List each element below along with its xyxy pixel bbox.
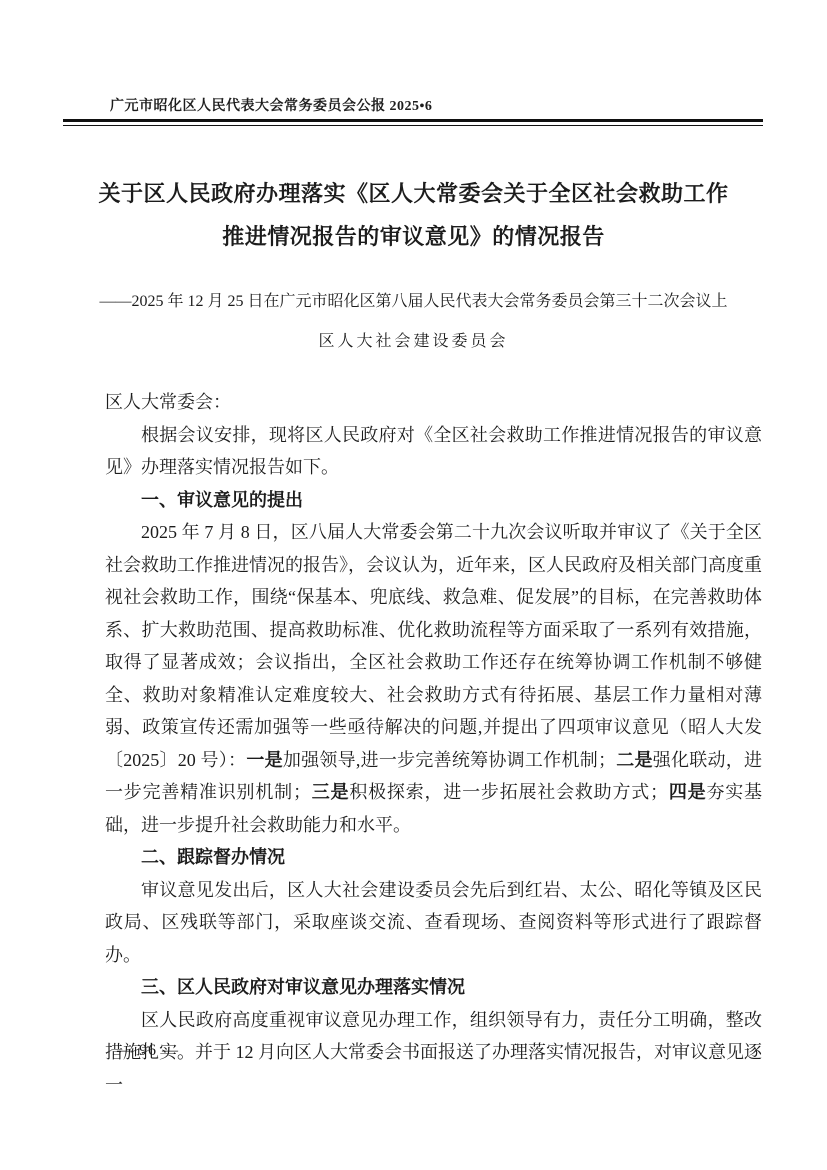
emphasis-text: 四是 <box>668 782 706 802</box>
author-line: 区人大社会建设委员会 <box>0 328 827 351</box>
document-page: 广元市昭化区人民代表大会常务委员会公报 2025•6 关于区人民政府办理落实《区… <box>0 0 827 1170</box>
paragraph: 区人大常委会： <box>105 386 762 419</box>
emphasis-text: 三是 <box>311 782 349 802</box>
paragraph: 根据会议安排，现将区人民政府对《全区社会救助工作推进情况报告的审议意见》办理落实… <box>105 419 762 484</box>
document-body: 区人大常委会：根据会议安排，现将区人民政府对《全区社会救助工作推进情况报告的审议… <box>105 386 762 1101</box>
document-title: 关于区人民政府办理落实《区人大常委会关于全区社会救助工作 推进情况报告的审议意见… <box>0 172 827 258</box>
emphasis-text: 三、区人民政府对审议意见办理落实情况 <box>141 977 465 997</box>
body-text: 积极探索，进一步拓展社会救助方式； <box>349 782 668 802</box>
body-text: 加强领导,进一步完善统筹协调工作机制； <box>283 750 616 770</box>
body-text: 审议意见发出后，区人大社会建设委员会先后到红岩、太公、昭化等镇及区民政局、区残联… <box>105 880 762 965</box>
paragraph: 2025 年 7 月 8 日，区八届人大常委会第二十九次会议听取并审议了《关于全… <box>105 516 762 841</box>
emphasis-text: 二、跟踪督办情况 <box>141 847 285 867</box>
body-text: 根据会议安排，现将区人民政府对《全区社会救助工作推进情况报告的审议意见》办理落实… <box>105 425 762 478</box>
body-text: 区人大常委会： <box>105 392 231 412</box>
bulletin-header-title: 广元市昭化区人民代表大会常务委员会公报 2025•6 <box>110 95 432 115</box>
body-text: 区人民政府高度重视审议意见办理工作，组织领导有力，责任分工明确，整改措施扎实。并… <box>105 1010 762 1095</box>
section-heading: 二、跟踪督办情况 <box>105 841 762 874</box>
meeting-session-line: ——2025 年 12 月 25 日在广元市昭化区第八届人民代表大会常务委员会第… <box>0 288 827 311</box>
page-number: — 96 — <box>117 1042 179 1060</box>
paragraph: 区人民政府高度重视审议意见办理工作，组织领导有力，责任分工明确，整改措施扎实。并… <box>105 1004 762 1102</box>
emphasis-text: 一是 <box>246 750 283 770</box>
header-rule <box>63 119 763 126</box>
body-text: 2025 年 7 月 8 日，区八届人大常委会第二十九次会议听取并审议了《关于全… <box>105 522 762 770</box>
section-heading: 一、审议意见的提出 <box>105 484 762 517</box>
emphasis-text: 二是 <box>616 750 653 770</box>
paragraph: 审议意见发出后，区人大社会建设委员会先后到红岩、太公、昭化等镇及区民政局、区残联… <box>105 874 762 972</box>
document-title-line1: 关于区人民政府办理落实《区人大常委会关于全区社会救助工作 <box>0 172 827 215</box>
section-heading: 三、区人民政府对审议意见办理落实情况 <box>105 971 762 1004</box>
emphasis-text: 一、审议意见的提出 <box>141 490 303 510</box>
document-title-line2: 推进情况报告的审议意见》的情况报告 <box>0 215 827 258</box>
